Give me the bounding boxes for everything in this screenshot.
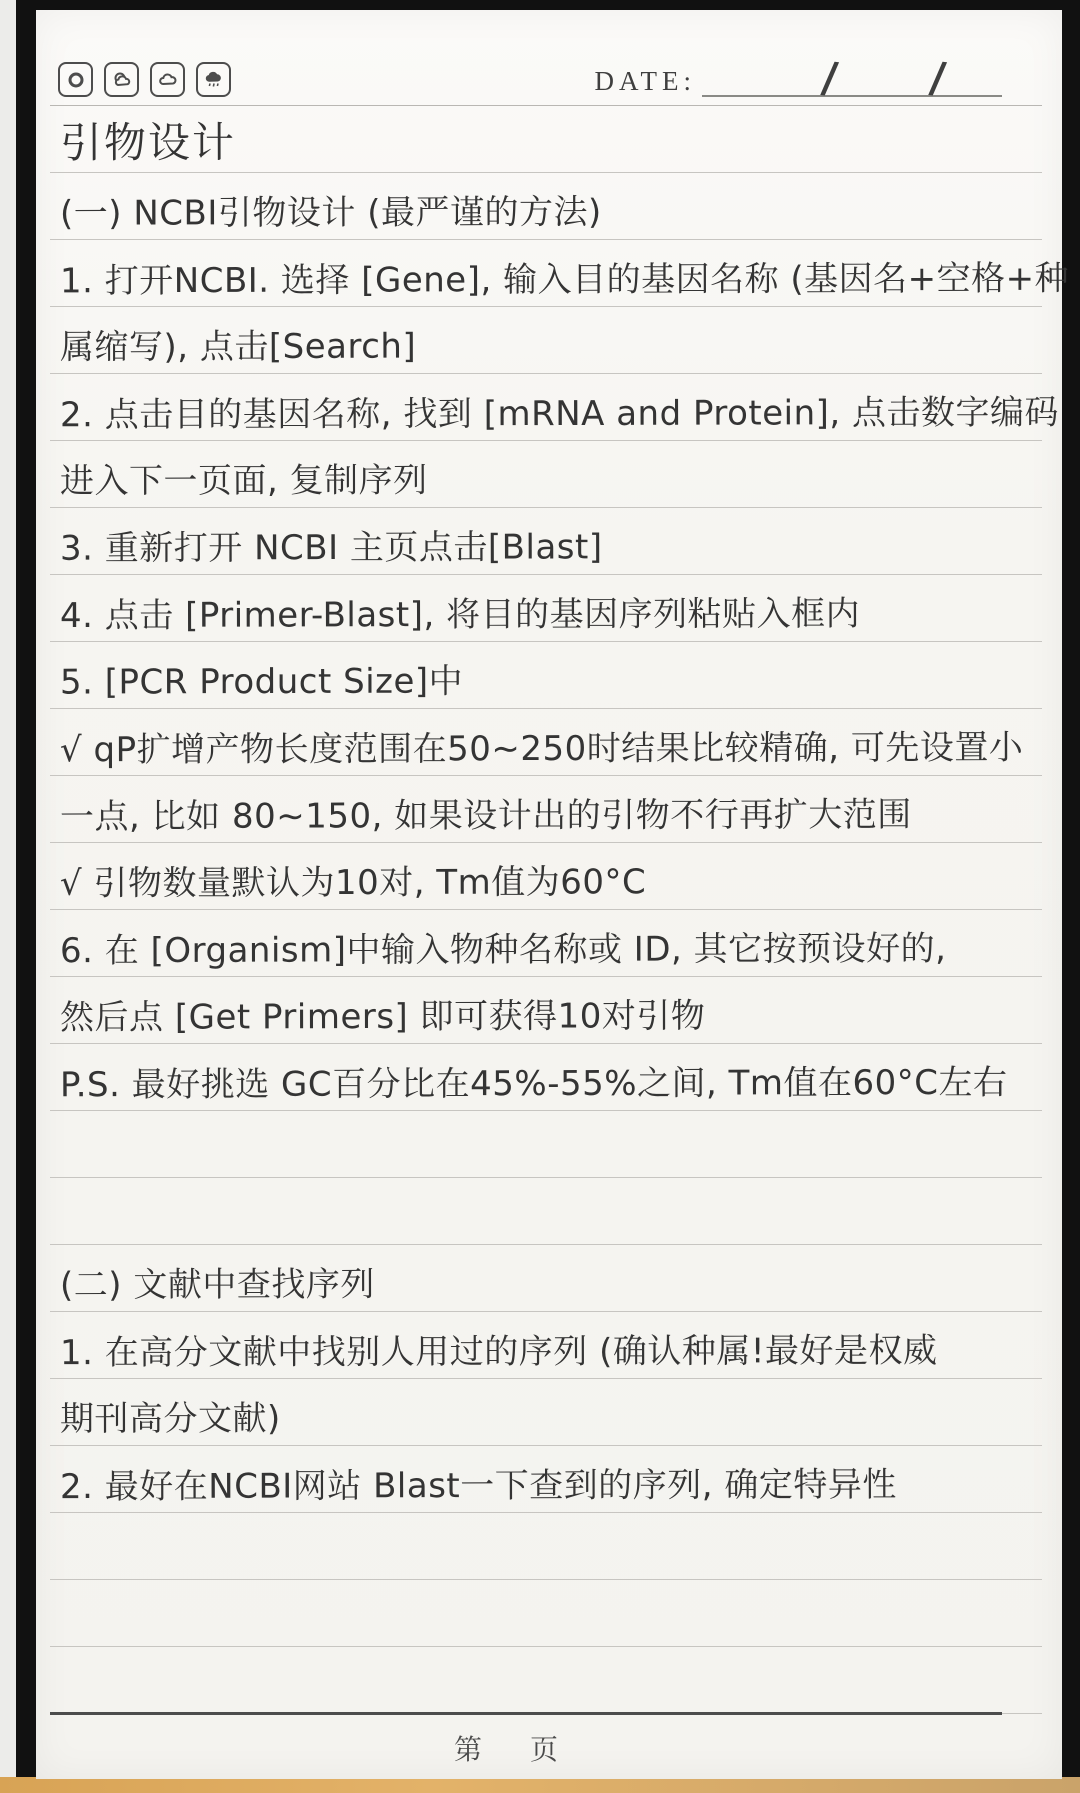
note-line-text: 3. 重新打开 NCBI 主页点击[Blast] xyxy=(60,531,603,568)
note-line: 属缩写), 点击[Search] xyxy=(50,307,1042,374)
note-line-text: 6. 在 [Organism]中输入物种名称或 ID, 其它按预设好的, xyxy=(60,932,947,970)
note-line-text: 5. [PCR Product Size]中 xyxy=(60,665,463,702)
note-line: 期刊高分文献) xyxy=(50,1379,1042,1446)
note-line: 5. [PCR Product Size]中 xyxy=(50,642,1042,709)
note-lines: (一) NCBI引物设计 (最严谨的方法)1. 打开NCBI. 选择 [Gene… xyxy=(50,173,1042,1714)
note-line: 4. 点击 [Primer-Blast], 将目的基因序列粘贴入框内 xyxy=(50,575,1042,642)
note-line: (一) NCBI引物设计 (最严谨的方法) xyxy=(50,173,1042,240)
note-line-text: 2. 最好在NCBI网站 Blast一下查到的序列, 确定特异性 xyxy=(60,1468,897,1506)
date-slash: / xyxy=(928,56,948,99)
sun-icon xyxy=(58,62,93,97)
note-line: √ 引物数量默认为10对, Tm值为60°C xyxy=(50,843,1042,910)
cloud-icon xyxy=(150,62,185,97)
notebook-page: DATE: / / 引物设计 (一) NCBI引物设计 (最严谨的方法)1. 打… xyxy=(36,10,1062,1779)
date-underline: / / xyxy=(702,59,1002,97)
note-line: 3. 重新打开 NCBI 主页点击[Blast] xyxy=(50,508,1042,575)
page-footer: 第 页 xyxy=(10,1715,1002,1781)
note-line: 进入下一页面, 复制序列 xyxy=(50,441,1042,508)
note-line: 2. 点击目的基因名称, 找到 [mRNA and Protein], 点击数字… xyxy=(50,374,1042,441)
note-line: 6. 在 [Organism]中输入物种名称或 ID, 其它按预设好的, xyxy=(50,910,1042,977)
note-line-text: 1. 在高分文献中找别人用过的序列 (确认种属!最好是权威 xyxy=(60,1334,938,1372)
page-header: DATE: / / xyxy=(50,10,1042,106)
weather-icon-row xyxy=(58,62,231,97)
page-number-suffix: 页 xyxy=(530,1728,558,1768)
note-line-blank xyxy=(50,1647,1042,1714)
date-field: DATE: / / xyxy=(595,59,1033,97)
note-line-text: √ 引物数量默认为10对, Tm值为60°C xyxy=(60,866,646,903)
note-line-blank xyxy=(50,1513,1042,1580)
page-number-prefix: 第 xyxy=(454,1728,482,1768)
page-content: DATE: / / 引物设计 (一) NCBI引物设计 (最严谨的方法)1. 打… xyxy=(36,10,1062,1779)
note-line-text: 一点, 比如 80~150, 如果设计出的引物不行再扩大范围 xyxy=(60,798,912,836)
note-line: 然后点 [Get Primers] 即可获得10对引物 xyxy=(50,977,1042,1044)
note-line-text: 2. 点击目的基因名称, 找到 [mRNA and Protein], 点击数字… xyxy=(60,396,1059,434)
note-line: (二) 文献中查找序列 xyxy=(50,1245,1042,1312)
note-line: 一点, 比如 80~150, 如果设计出的引物不行再扩大范围 xyxy=(50,776,1042,843)
sun-cloud-icon xyxy=(104,62,139,97)
note-line-text: (一) NCBI引物设计 (最严谨的方法) xyxy=(60,196,602,233)
note-line-text: 进入下一页面, 复制序列 xyxy=(60,464,428,501)
note-line-blank xyxy=(50,1178,1042,1245)
note-line-text: P.S. 最好挑选 GC百分比在45%-55%之间, Tm值在60°C左右 xyxy=(60,1066,1008,1104)
note-line: 2. 最好在NCBI网站 Blast一下查到的序列, 确定特异性 xyxy=(50,1446,1042,1513)
page-title: 引物设计 xyxy=(60,121,236,166)
note-line-text: 1. 打开NCBI. 选择 [Gene], 输入目的基因名称 (基因名+空格+种 xyxy=(60,262,1069,300)
date-slash: / xyxy=(820,56,840,99)
note-title-line: 引物设计 xyxy=(50,106,1042,173)
note-line-text: 然后点 [Get Primers] 即可获得10对引物 xyxy=(60,999,705,1036)
note-line-text: (二) 文献中查找序列 xyxy=(60,1268,375,1305)
note-line: P.S. 最好挑选 GC百分比在45%-55%之间, Tm值在60°C左右 xyxy=(50,1044,1042,1111)
note-line: √ qP扩增产物长度范围在50~250时结果比较精确, 可先设置小 xyxy=(50,709,1042,776)
note-line-blank xyxy=(50,1111,1042,1178)
rain-icon xyxy=(196,62,231,97)
note-line: 1. 在高分文献中找别人用过的序列 (确认种属!最好是权威 xyxy=(50,1312,1042,1379)
photo-edge-left xyxy=(0,0,16,1793)
date-label: DATE: xyxy=(595,68,697,97)
note-line-text: 属缩写), 点击[Search] xyxy=(60,330,416,367)
note-line-blank xyxy=(50,1580,1042,1647)
note-line: 1. 打开NCBI. 选择 [Gene], 输入目的基因名称 (基因名+空格+种 xyxy=(50,240,1042,307)
note-body: 引物设计 (一) NCBI引物设计 (最严谨的方法)1. 打开NCBI. 选择 … xyxy=(50,106,1042,1715)
note-line-text: √ qP扩增产物长度范围在50~250时结果比较精确, 可先设置小 xyxy=(60,731,1023,769)
note-line-text: 4. 点击 [Primer-Blast], 将目的基因序列粘贴入框内 xyxy=(60,597,860,635)
note-line-text: 期刊高分文献) xyxy=(60,1402,281,1438)
